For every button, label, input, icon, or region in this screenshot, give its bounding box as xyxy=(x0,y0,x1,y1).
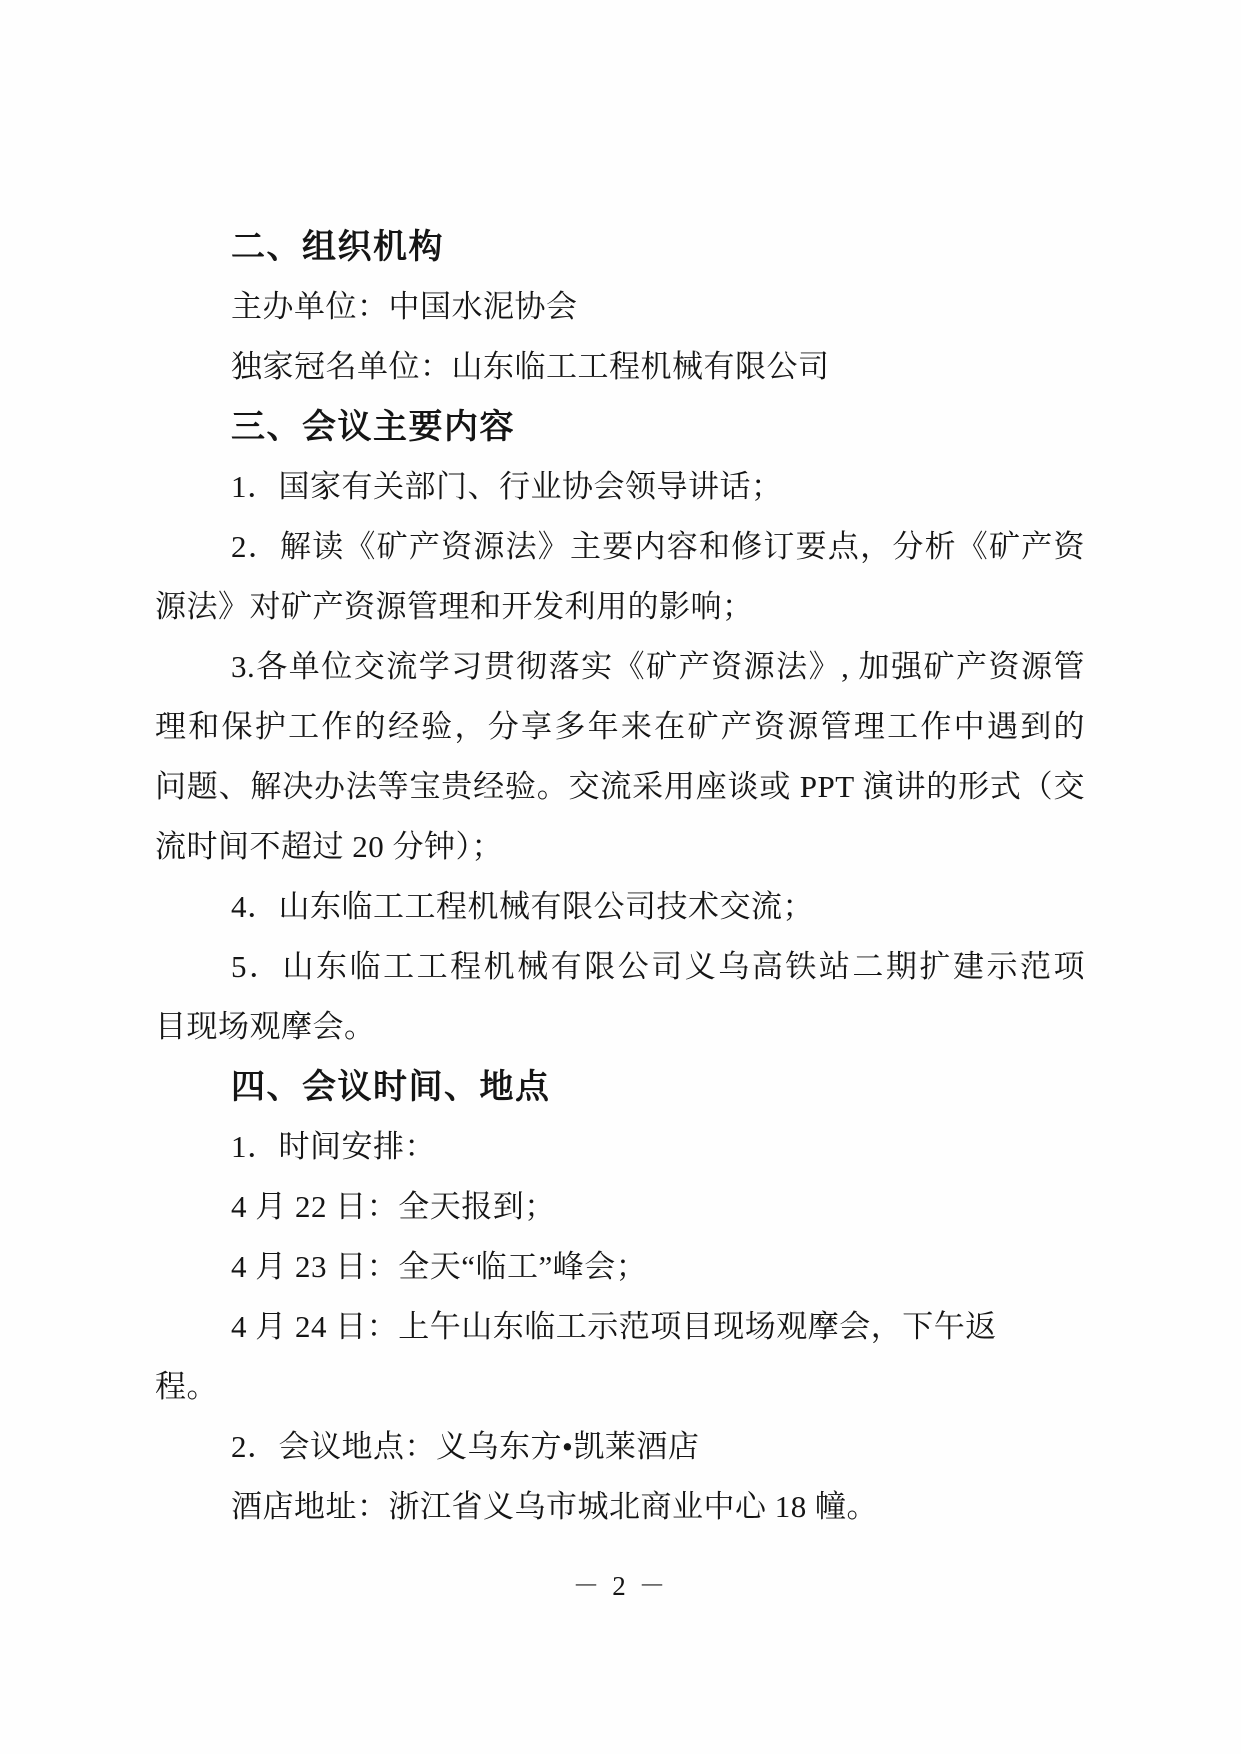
line-schedule-apr-22: 4 月 22 日：全天报到； xyxy=(155,1177,1085,1237)
line-item-4-technical-exchange: 4．山东临工工程机械有限公司技术交流； xyxy=(155,877,1085,937)
line-title-sponsor: 独家冠名单位：山东临工工程机械有限公司 xyxy=(155,337,1085,397)
line-schedule-apr-24-1: 4 月 24 日：上午山东临工示范项目现场观摩会，下午返 xyxy=(155,1297,1085,1357)
page-number: － 2 － xyxy=(0,1566,1241,1606)
section-heading-main-contents: 三、会议主要内容 xyxy=(155,397,1085,457)
line-meeting-venue: 2．会议地点：义乌东方•凯莱酒店 xyxy=(155,1417,1085,1477)
line-item-2-interpretation-2: 源法》对矿产资源管理和开发利用的影响； xyxy=(155,577,1085,637)
document-page: 二、组织机构 主办单位：中国水泥协会 独家冠名单位：山东临工工程机械有限公司 三… xyxy=(0,0,1241,1754)
line-host-organizer: 主办单位：中国水泥协会 xyxy=(155,277,1085,337)
line-item-2-interpretation-1: 2．解读《矿产资源法》主要内容和修订要点，分析《矿产资 xyxy=(155,517,1085,577)
line-item-5-observation-1: 5．山东临工工程机械有限公司义乌高铁站二期扩建示范项 xyxy=(155,937,1085,997)
line-item-5-observation-2: 目现场观摩会。 xyxy=(155,997,1085,1057)
line-schedule-apr-24-2: 程。 xyxy=(155,1357,1085,1417)
document-body: 二、组织机构 主办单位：中国水泥协会 独家冠名单位：山东临工工程机械有限公司 三… xyxy=(155,217,1085,1537)
section-heading-organization: 二、组织机构 xyxy=(155,217,1085,277)
line-schedule-label: 1．时间安排： xyxy=(155,1117,1085,1177)
line-item-3-exchange-4: 流时间不超过 20 分钟）； xyxy=(155,817,1085,877)
line-item-3-exchange-2: 理和保护工作的经验，分享多年来在矿产资源管理工作中遇到的 xyxy=(155,697,1085,757)
line-hotel-address: 酒店地址：浙江省义乌市城北商业中心 18 幢。 xyxy=(155,1477,1085,1537)
line-schedule-apr-23: 4 月 23 日：全天“临工”峰会； xyxy=(155,1237,1085,1297)
line-item-3-exchange-1: 3.各单位交流学习贯彻落实《矿产资源法》, 加强矿产资源管 xyxy=(155,637,1085,697)
line-item-1-leader-speeches: 1．国家有关部门、行业协会领导讲话； xyxy=(155,457,1085,517)
section-heading-time-location: 四、会议时间、地点 xyxy=(155,1057,1085,1117)
line-item-3-exchange-3: 问题、解决办法等宝贵经验。交流采用座谈或 PPT 演讲的形式（交 xyxy=(155,757,1085,817)
